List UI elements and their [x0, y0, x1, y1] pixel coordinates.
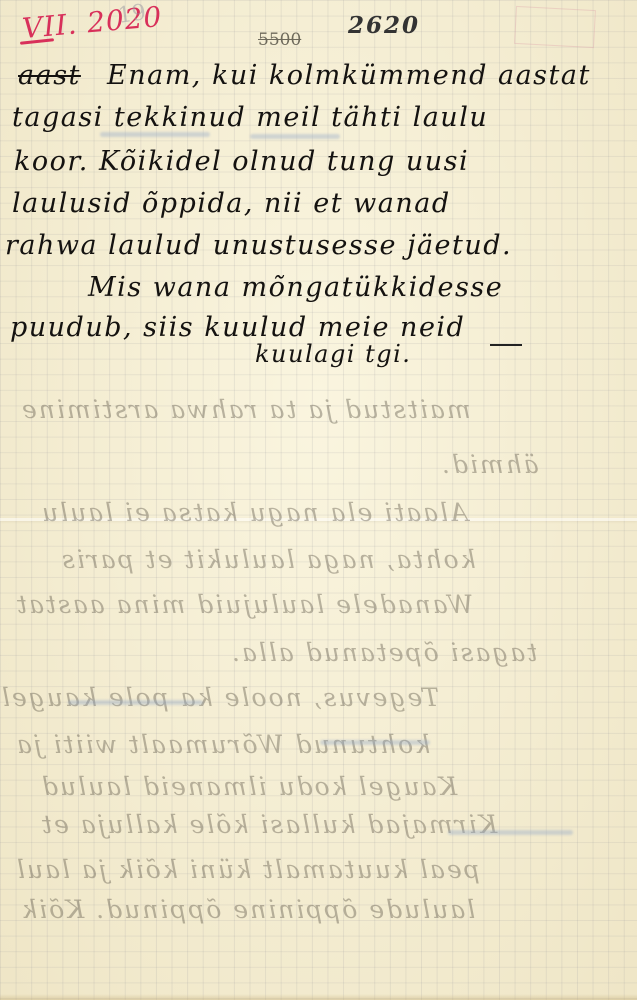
handwritten-line: laulusid õppida, nii et wanad	[12, 188, 451, 219]
manuscript-page: VII. 2020 19 5500 2620 maitstud ja ta ra…	[0, 0, 637, 1000]
handwritten-line: koor. Kõikidel olnud tung uusi	[14, 146, 469, 177]
bleed-through-line: maitstud ja ta rahwa arstimine	[20, 395, 471, 424]
handwritten-line: puudub, siis kuulud meie neid	[10, 312, 465, 343]
faint-pink-stamp	[514, 6, 596, 48]
handwritten-line: kuulagi tgi.	[255, 340, 411, 368]
blue-pencil-mark	[68, 700, 203, 705]
bleed-through-line: peal kuutamalt küni kõik ja laul	[15, 855, 480, 884]
closing-dash	[490, 344, 522, 346]
blue-pencil-mark	[250, 134, 340, 139]
handwritten-line: aast Enam, kui kolmkümmend aastat	[18, 60, 591, 91]
blue-pencil-mark	[448, 830, 573, 835]
torn-bottom-edge	[0, 994, 637, 1000]
bleed-through-line: kohta, naga laulukit et paris	[60, 545, 476, 574]
handwritten-line: rahwa laulud unustusesse jäetud.	[5, 230, 512, 261]
handwritten-line: tagasi tekkinud meil tähti laulu	[12, 102, 488, 133]
bleed-through-line: Alaati ela nagu katsa ei laulu	[40, 498, 468, 527]
handwritten-line: Mis wana mõngatükkidesse	[88, 272, 503, 303]
bleed-through-line: tagasi õpetanud alla.	[230, 638, 537, 667]
old-page-number: 5500	[258, 30, 301, 50]
struck-word: aast	[18, 60, 81, 91]
bleed-through-line: Kirmajad kullasi kõle kalluja et	[40, 810, 497, 839]
page-number: 2620	[348, 12, 420, 39]
faint-stamp: 19	[116, 0, 147, 29]
bleed-through-line: ähmid.	[440, 450, 539, 479]
bleed-through-line: laulude õppinine õppinud. Kõik	[20, 895, 475, 924]
bleed-through-line: Kaugel kodu ilmaneid laulud	[40, 772, 457, 801]
bleed-through-line: Tegevus, noole ka pole kaugel	[0, 683, 439, 712]
blue-pencil-mark	[320, 740, 430, 745]
bleed-through-line: Wanadele laulujuid mina aastat	[15, 590, 473, 619]
